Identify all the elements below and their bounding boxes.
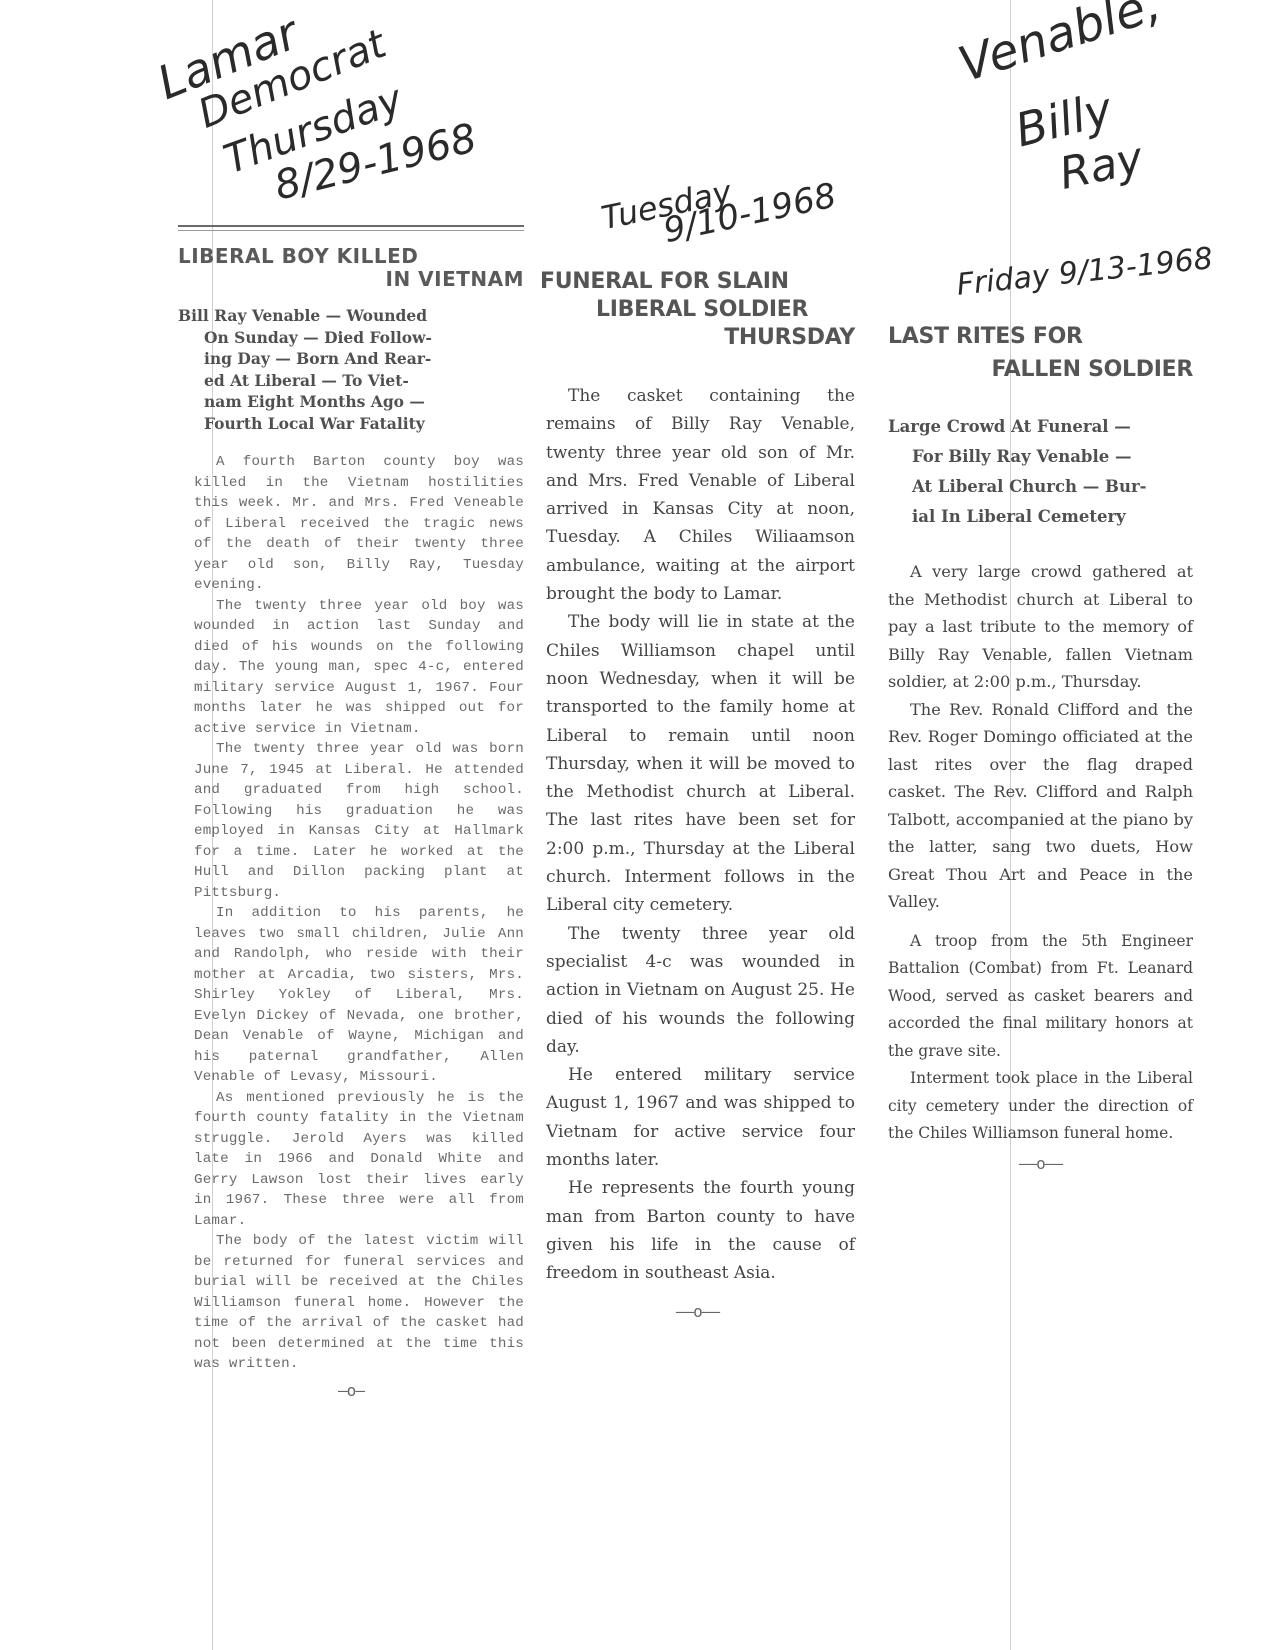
article-body: A fourth Barton county boy was killed in… (178, 452, 524, 1375)
paragraph: A troop from the 5th Engineer Battalion … (888, 928, 1193, 1066)
article-end-mark: ——o—— (888, 1154, 1193, 1173)
article-body: A very large crowd gathered at the Metho… (888, 558, 1193, 1148)
paragraph: The body of the latest victim will be re… (194, 1231, 524, 1375)
paragraph: In addition to his parents, he leaves tw… (194, 903, 524, 1088)
paragraph: The Rev. Ronald Clifford and the Rev. Ro… (888, 696, 1193, 916)
handwritten-date-col3: Friday 9/13-1968 (955, 241, 1214, 303)
article-subhead: Large Crowd At Funeral — For Billy Ray V… (888, 412, 1193, 532)
article-end-mark: ——o—— (540, 1302, 855, 1321)
article-body: The casket containing the remains of Bil… (540, 382, 855, 1288)
paragraph: The twenty three year old boy was wounde… (194, 596, 524, 740)
paragraph: As mentioned previously he is the fourth… (194, 1088, 524, 1232)
paragraph: The twenty three year old specialist 4-c… (546, 920, 855, 1061)
article-liberal-boy-killed: LIBERAL BOY KILLED IN VIETNAM Bill Ray V… (178, 225, 524, 1400)
article-headline: FUNERAL FOR SLAIN LIBERAL SOLDIER THURSD… (540, 268, 855, 352)
article-headline: LAST RITES FOR FALLEN SOLDIER (888, 320, 1193, 386)
article-headline: LIBERAL BOY KILLED IN VIETNAM (178, 245, 524, 291)
handwritten-name-line1: Venable, (952, 0, 1167, 93)
paragraph: A very large crowd gathered at the Metho… (888, 558, 1193, 696)
paragraph: The casket containing the remains of Bil… (546, 382, 855, 608)
article-funeral-for-slain-soldier: FUNERAL FOR SLAIN LIBERAL SOLDIER THURSD… (540, 268, 855, 1321)
paragraph: Interment took place in the Liberal city… (888, 1065, 1193, 1148)
paragraph: The body will lie in state at the Chiles… (546, 608, 855, 919)
paragraph: A fourth Barton county boy was killed in… (194, 452, 524, 596)
article-end-mark: —o— (178, 1381, 524, 1400)
paragraph: He entered military service August 1, 19… (546, 1061, 855, 1174)
paragraph: He represents the fourth young man from … (546, 1174, 855, 1287)
article-last-rites-fallen-soldier: LAST RITES FOR FALLEN SOLDIER Large Crow… (888, 320, 1193, 1173)
column-top-rule (178, 225, 524, 231)
paragraph: The twenty three year old was born June … (194, 739, 524, 903)
article-subhead: Bill Ray Venable — Wounded On Sunday — D… (178, 305, 524, 434)
